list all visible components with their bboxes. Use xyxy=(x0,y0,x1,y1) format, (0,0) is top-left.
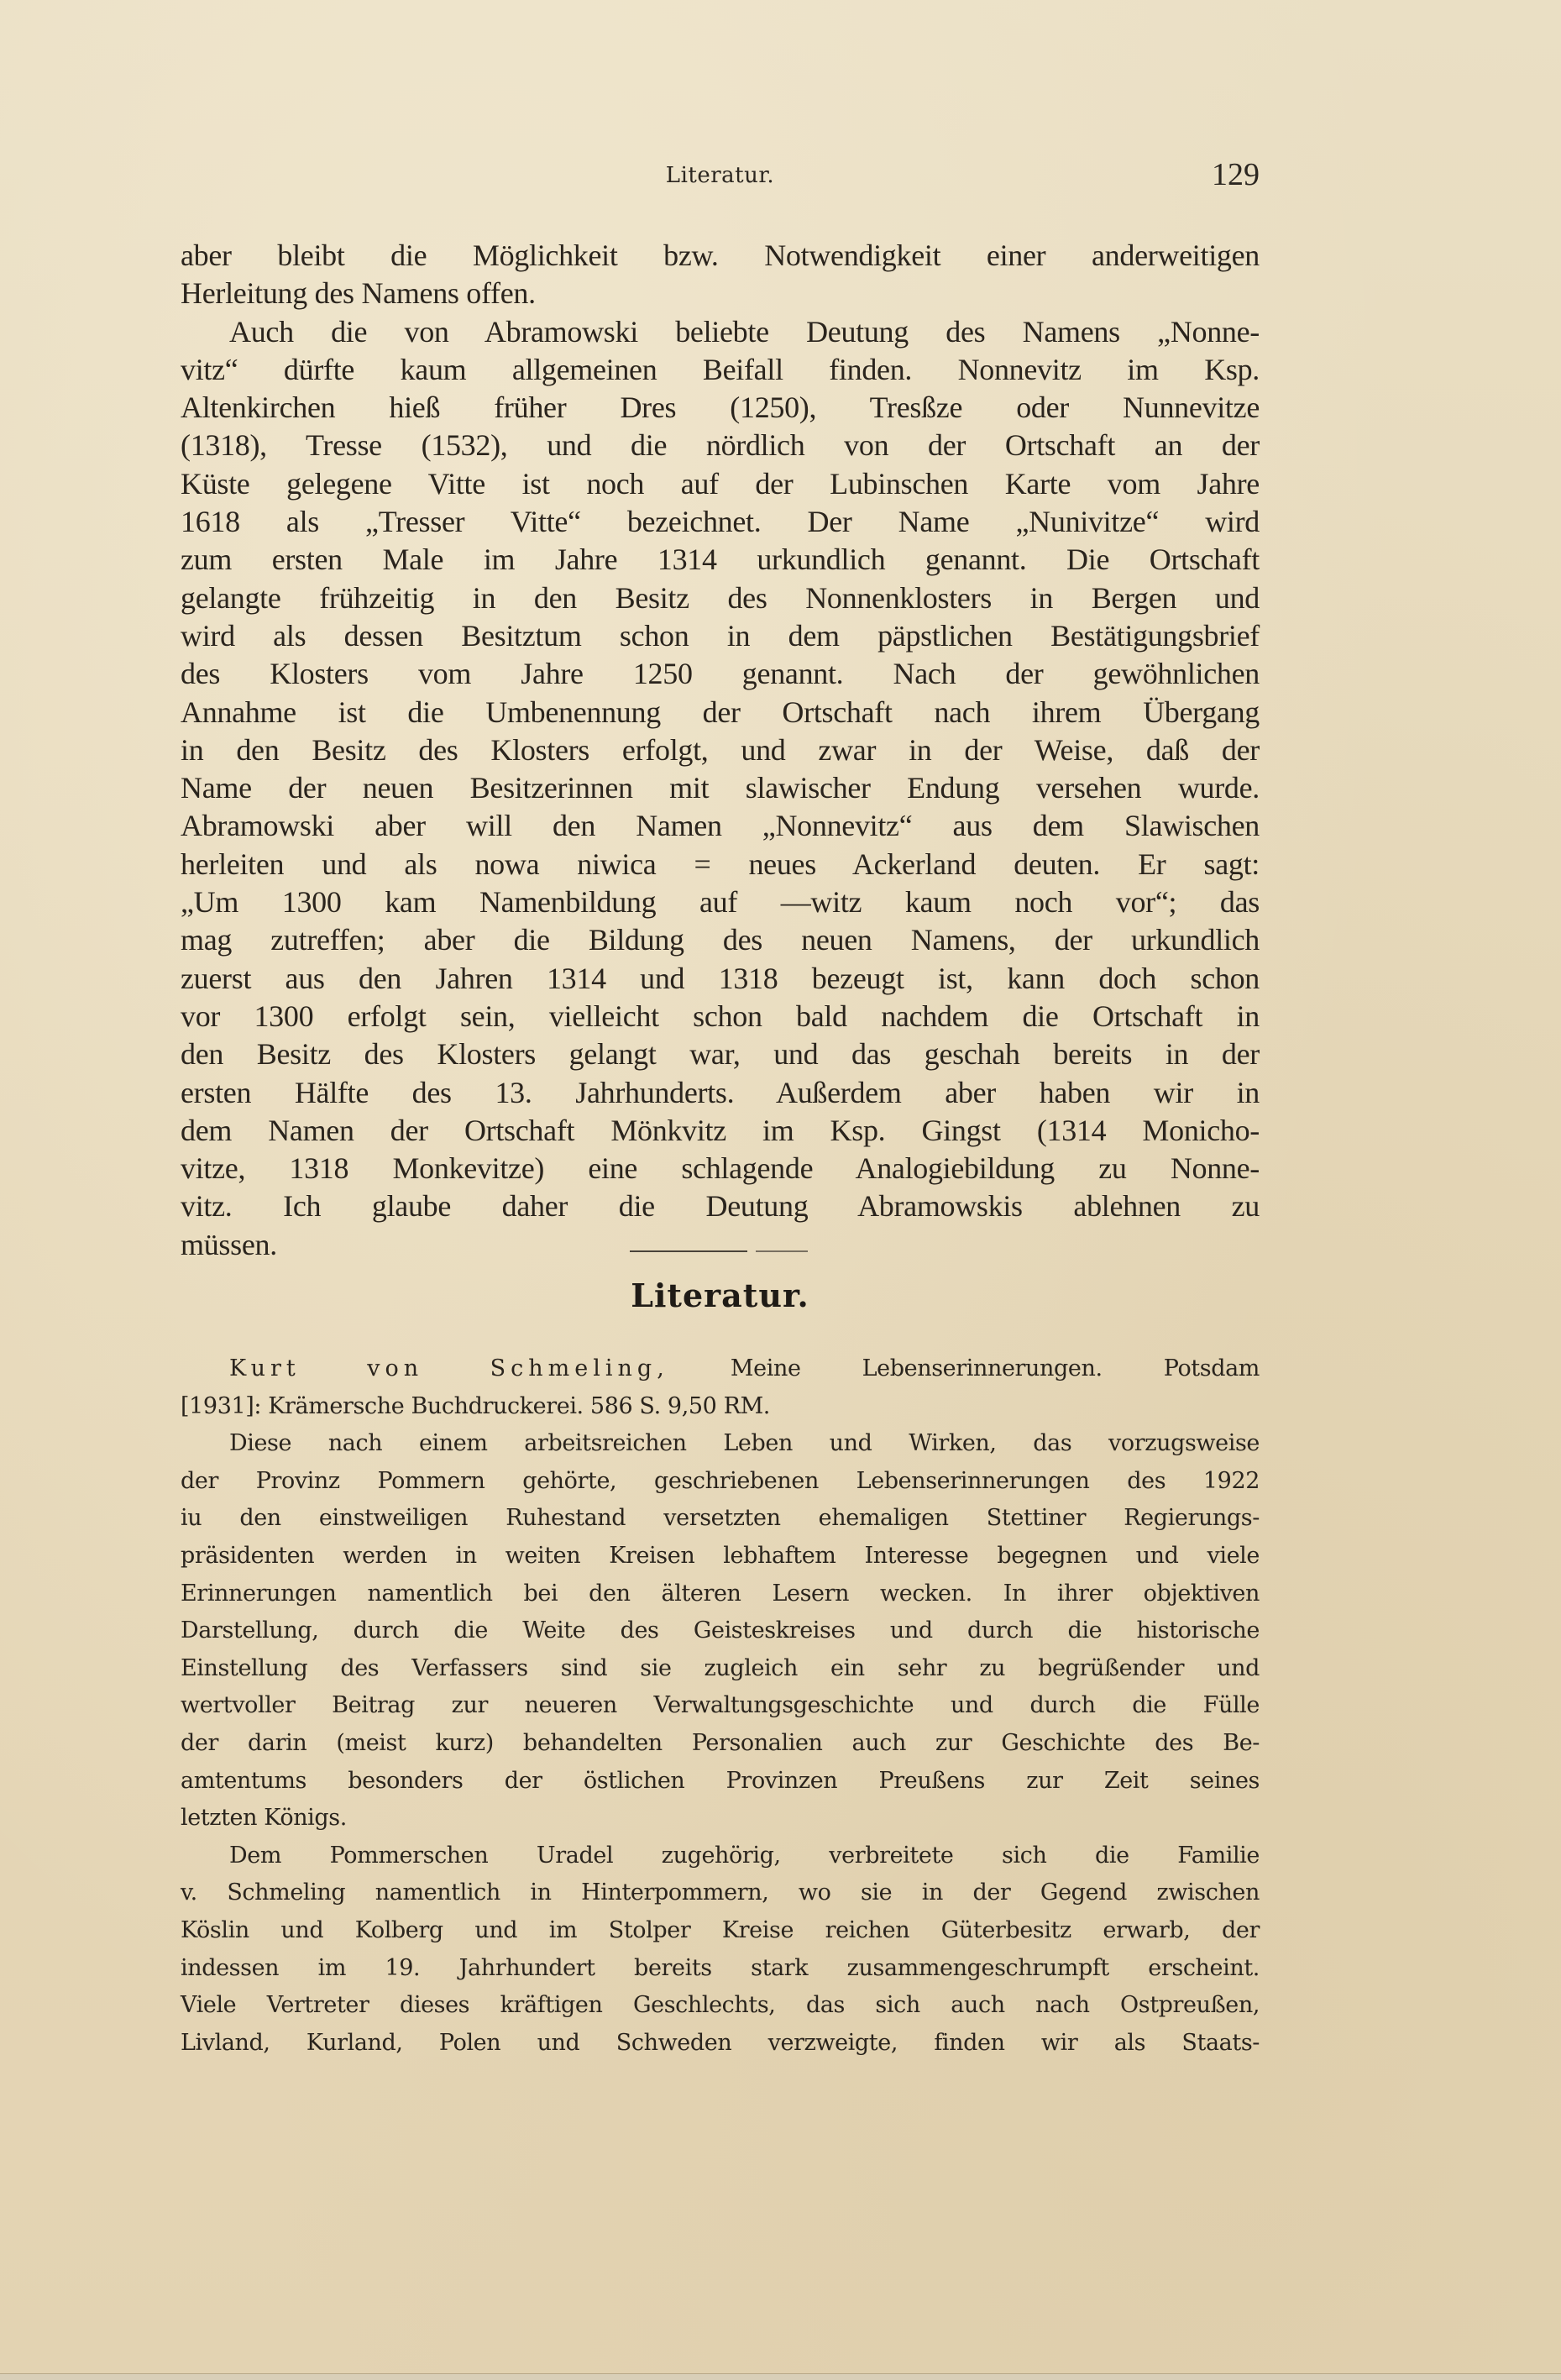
text-line: Dem Pommerschen Uradel zugehörig, verbre… xyxy=(181,1837,1260,1875)
page-bottom-edge xyxy=(0,2373,1561,2380)
text-line: präsidenten werden in weiten Kreisen leb… xyxy=(181,1538,1260,1575)
text-line: Einstellung des Verfassers sind sie zugl… xyxy=(181,1650,1260,1688)
text-line: Diese nach einem arbeitsreichen Leben un… xyxy=(181,1425,1260,1463)
text-line: mag zutreffen; aber die Bildung des neue… xyxy=(181,921,1260,959)
text-line: letzten Königs. xyxy=(181,1800,1260,1837)
text-line: der darin (meist kurz) behandelten Perso… xyxy=(181,1725,1260,1763)
text-line: zum ersten Male im Jahre 1314 urkundlich… xyxy=(181,541,1260,579)
text-line: amtentums besonders der östlichen Provin… xyxy=(181,1763,1260,1801)
text-line: in den Besitz des Klosters erfolgt, und … xyxy=(181,731,1260,769)
scanned-page: Literatur. 129 aber bleibt die Möglichke… xyxy=(0,0,1561,2380)
text-line: vor 1300 erfolgt sein, vielleicht schon … xyxy=(181,998,1260,1035)
citation-title: Meine Lebenserinnerungen. Potsdam xyxy=(669,1355,1260,1381)
body-text-section-1: aber bleibt die Möglichkeit bzw. Notwend… xyxy=(181,237,1260,1264)
text-line: Herleitung des Namens offen. xyxy=(181,275,1260,312)
text-line: „Um 1300 kam Namenbildung auf —witz kaum… xyxy=(181,883,1260,921)
section-heading: Literatur. xyxy=(181,1276,1260,1314)
text-line: wird als dessen Besitztum schon in dem p… xyxy=(181,617,1260,655)
text-line: Erinnerungen namentlich bei den älteren … xyxy=(181,1575,1260,1613)
text-line: gelangte frühzeitig in den Besitz des No… xyxy=(181,579,1260,617)
citation-author: Kurt von Schmeling, xyxy=(229,1355,669,1381)
text-line: Abramowski aber will den Namen „Nonnevit… xyxy=(181,807,1260,845)
text-line: vitze, 1318 Monkevitze) eine schlagende … xyxy=(181,1150,1260,1187)
text-line: vitz“ dürfte kaum allgemeinen Beifall fi… xyxy=(181,351,1260,389)
text-line: Darstellung, durch die Weite des Geistes… xyxy=(181,1612,1260,1650)
text-line: Livland, Kurland, Polen und Schweden ver… xyxy=(181,2025,1260,2063)
text-line: Altenkirchen hieß früher Dres (1250), Tr… xyxy=(181,389,1260,427)
text-line: Köslin und Kolberg und im Stolper Kreise… xyxy=(181,1912,1260,1950)
text-line: Küste gelegene Vitte ist noch auf der Lu… xyxy=(181,465,1260,503)
running-head: Literatur. 129 xyxy=(181,156,1260,193)
text-line: vitz. Ich glaube daher die Deutung Abram… xyxy=(181,1187,1260,1225)
text-line: Auch die von Abramowski beliebte Deutung… xyxy=(181,313,1260,351)
text-line: der Provinz Pommern gehörte, geschrieben… xyxy=(181,1463,1260,1501)
text-line: 1618 als „Tresser Vitte“ bezeichnet. Der… xyxy=(181,503,1260,541)
running-title: Literatur. xyxy=(181,163,1260,188)
text-line: ersten Hälfte des 13. Jahrhunderts. Auße… xyxy=(181,1074,1260,1112)
text-line: Annahme ist die Umbenennung der Ortschaf… xyxy=(181,694,1260,731)
review-section: Kurt von Schmeling, Meine Lebenserinneru… xyxy=(181,1350,1260,2062)
citation-publisher: [1931]: Krämersche Buchdruckerei. 586 S.… xyxy=(181,1388,1260,1426)
citation-line: Kurt von Schmeling, Meine Lebenserinneru… xyxy=(181,1350,1260,1388)
text-line: Name der neuen Besitzerinnen mit slawisc… xyxy=(181,769,1260,807)
text-line: des Klosters vom Jahre 1250 genannt. Nac… xyxy=(181,655,1260,693)
text-line: iu den einstweiligen Ruhestand versetzte… xyxy=(181,1500,1260,1538)
text-line: wertvoller Beitrag zur neueren Verwaltun… xyxy=(181,1687,1260,1725)
text-line: aber bleibt die Möglichkeit bzw. Notwend… xyxy=(181,237,1260,275)
section-divider xyxy=(630,1250,798,1252)
text-line: indessen im 19. Jahrhundert bereits star… xyxy=(181,1950,1260,1988)
text-line: den Besitz des Klosters gelangt war, und… xyxy=(181,1035,1260,1073)
text-line: dem Namen der Ortschaft Mönkvitz im Ksp.… xyxy=(181,1112,1260,1150)
text-line: (1318), Tresse (1532), und die nördlich … xyxy=(181,427,1260,464)
text-line: herleiten und als nowa niwica = neues Ac… xyxy=(181,846,1260,883)
text-line: Viele Vertreter dieses kräftigen Geschle… xyxy=(181,1987,1260,2025)
page-number: 129 xyxy=(1212,156,1260,193)
text-line: zuerst aus den Jahren 1314 und 1318 beze… xyxy=(181,960,1260,998)
text-line: müssen. xyxy=(181,1226,1260,1264)
text-line: v. Schmeling namentlich in Hinterpommern… xyxy=(181,1874,1260,1912)
